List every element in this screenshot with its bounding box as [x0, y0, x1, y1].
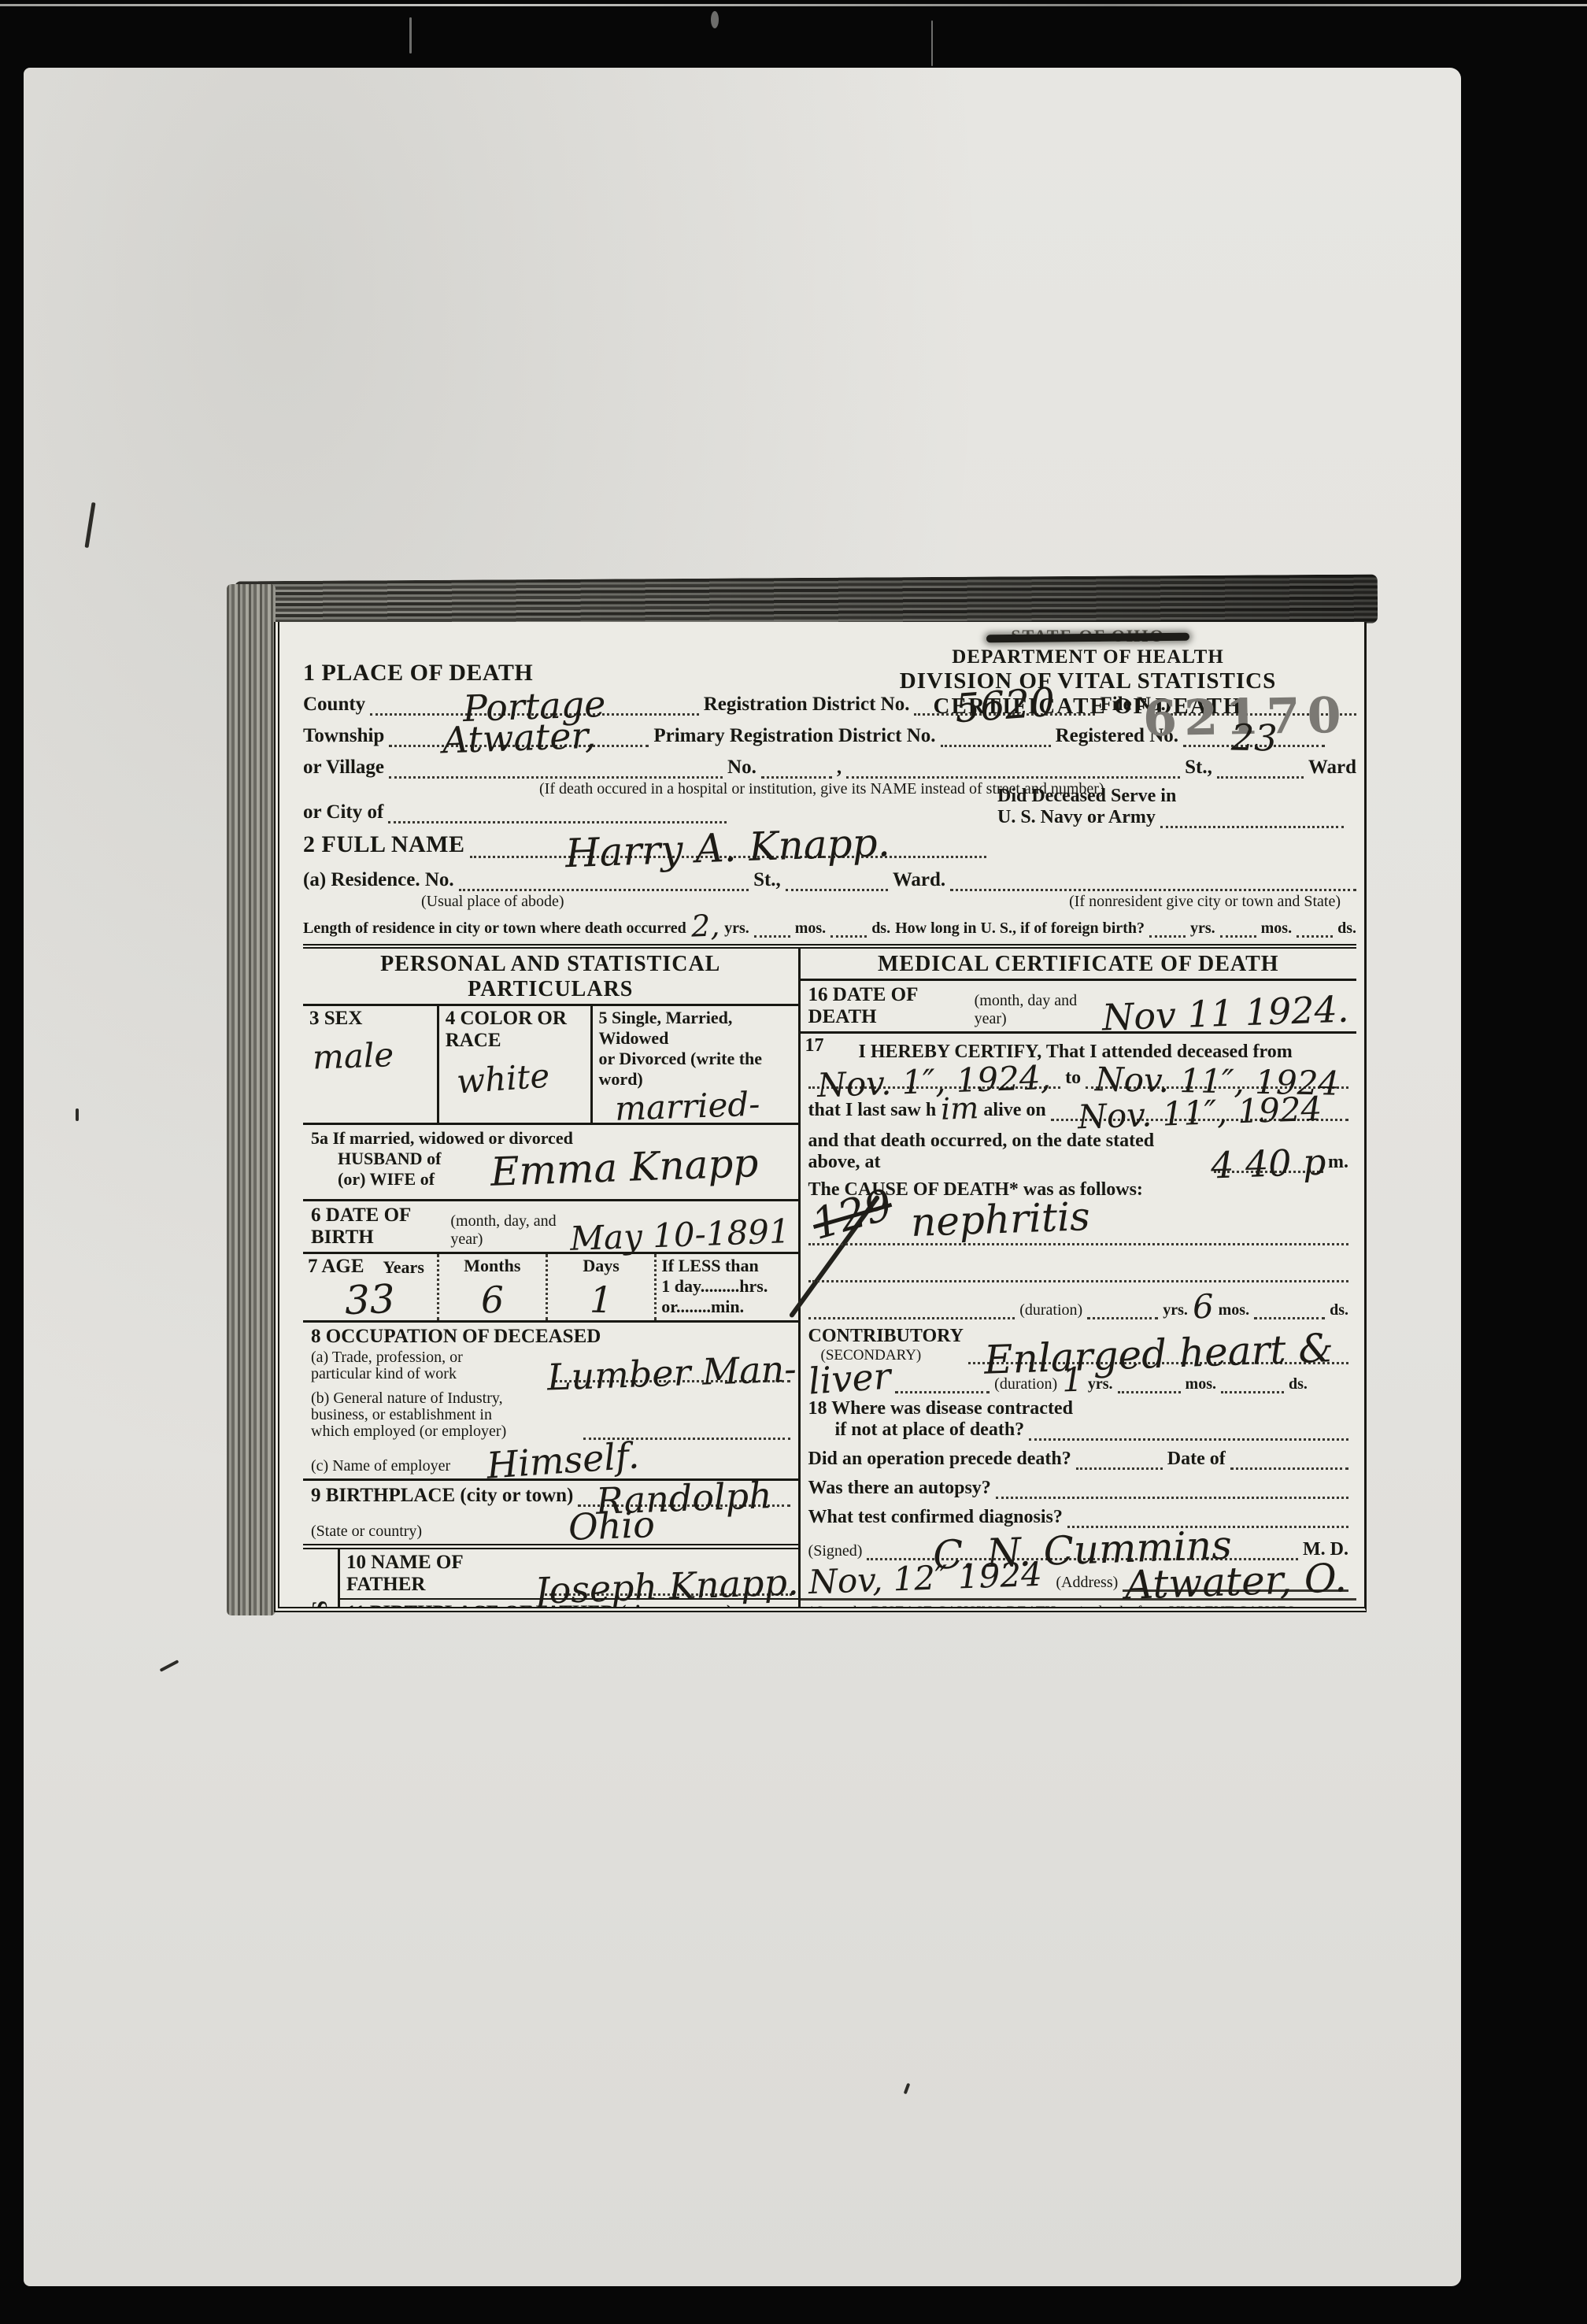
service-line1: Did Deceased Serve in	[997, 786, 1344, 807]
personal-column: PERSONAL AND STATISTICAL PARTICULARS 3 S…	[303, 949, 801, 1612]
cause-area: 129 nephritis	[808, 1208, 1348, 1282]
howlong-mos: mos.	[1261, 920, 1292, 938]
length-mos: mos.	[795, 920, 826, 938]
residence-no-line	[459, 889, 749, 891]
comma-text: ,	[837, 757, 842, 779]
stray-ink-mark	[904, 2083, 911, 2095]
if-less-cell: If LESS than 1 day.........hrs. or......…	[654, 1254, 797, 1320]
service-line2: U. S. Navy or Army	[997, 807, 1156, 828]
attended-to-line: Nov. 11″, 1924	[1086, 1068, 1348, 1090]
dod-label: 16 DATE OF DEATH	[808, 984, 970, 1028]
occ-c-value: Himself.	[486, 1441, 640, 1480]
length-label: Length of residence in city or town wher…	[303, 920, 686, 938]
stray-ink-mark	[76, 1108, 79, 1121]
film-speck	[711, 11, 719, 28]
cause-duration-mos-value: 6	[1192, 1293, 1214, 1320]
parents-section: PARENTS 10 NAME OF FATHER Joseph Knapp. …	[303, 1549, 798, 1612]
township-label: Township	[303, 725, 384, 747]
nonresident-note: (If nonresident give city or town and St…	[1069, 893, 1341, 911]
occurred-label: and that death occurred, on the date sta…	[808, 1131, 1210, 1173]
contrib-duration-yrs-value: 1	[1062, 1367, 1084, 1394]
contributory-label: CONTRIBUTORY	[808, 1326, 964, 1347]
item18-line1: 18 Where was disease contracted	[808, 1398, 1348, 1419]
father-value: Joseph Knapp.	[534, 1568, 799, 1606]
age-years-value: 33	[307, 1282, 432, 1317]
cause-value: nephritis	[910, 1201, 1090, 1238]
occ-a1-text: (a) Trade, profession, or	[311, 1349, 549, 1366]
age-days-cell: Days 1	[546, 1254, 654, 1320]
duration-label: (duration)	[1019, 1301, 1082, 1319]
microfilm-scan-frame: of OCCUPATION is very important. See ins…	[0, 0, 1587, 2324]
duration-yrs-line	[1087, 1317, 1158, 1319]
cause-line-1: 129 nephritis	[808, 1208, 1348, 1245]
attended-from-line: Nov. 1″, 1924,	[808, 1068, 1061, 1090]
sex-cell: 3 SEX male	[303, 1006, 437, 1123]
medical-title: MEDICAL CERTIFICATE OF DEATH	[801, 949, 1356, 981]
stray-ink-mark	[84, 502, 95, 548]
cause-line-2	[808, 1245, 1348, 1282]
duration-lead-line	[808, 1317, 1015, 1319]
occupation-box: 8 OCCUPATION OF DECEASED (a) Trade, prof…	[303, 1323, 798, 1481]
county-line: Portage	[370, 692, 699, 716]
death-time-value: 4 40 p	[1211, 1147, 1327, 1180]
item17-number: 17	[805, 1035, 824, 1057]
birthplace-label: 9 BIRTHPLACE (city or town)	[311, 1485, 573, 1507]
signed-line: C. N. Cummins	[867, 1534, 1298, 1560]
age-years-cell: 7 AGEYears 33	[303, 1254, 437, 1320]
age-box: 7 AGEYears 33 Months 6 Days 1 If LESS	[303, 1254, 798, 1323]
signed-address-line: Atwater, O.	[1123, 1566, 1348, 1592]
medical-column: MEDICAL CERTIFICATE OF DEATH 16 DATE OF …	[801, 949, 1356, 1612]
lastsaw-line: Nov. 11″, 1924	[1051, 1100, 1348, 1121]
father-line: Joseph Knapp.	[541, 1572, 791, 1596]
birthplace-state-label: (State or country)	[311, 1523, 422, 1541]
parents-vertical-label: PARENTS	[303, 1549, 338, 1612]
village-label: or Village	[303, 757, 384, 779]
occ-b2-text: business, or establishment in	[311, 1407, 579, 1423]
lastsaw-value: Nov. 11″, 1924	[1077, 1096, 1322, 1131]
dob-box: 6 DATE OF BIRTH (month, day, and year) M…	[303, 1201, 798, 1254]
margin-note-text: of OCCUPATION is very important. See ins…	[274, 928, 280, 1564]
sex-color-marital-box: 3 SEX male 4 COLOR OR RACE white 5 Singl…	[303, 1006, 798, 1125]
personal-title: PERSONAL AND STATISTICAL PARTICULARS	[303, 949, 798, 1006]
stray-pencil-mark	[160, 1660, 179, 1672]
howlong-yrs-line	[1149, 935, 1186, 938]
spouse-box: 5a If married, widowed or divorced HUSBA…	[303, 1125, 798, 1201]
contrib-mos: mos.	[1186, 1375, 1216, 1393]
residence-ward-line	[786, 889, 888, 891]
months-label: Months	[444, 1256, 541, 1276]
residence-label: (a) Residence. No.	[303, 869, 454, 891]
dob-note: (month, day, and year)	[450, 1212, 565, 1249]
residence-ward-label: Ward.	[893, 869, 945, 891]
dob-label: 6 DATE OF BIRTH	[311, 1205, 446, 1249]
m-label: m.	[1328, 1152, 1348, 1173]
contrib-ds: ds.	[1289, 1375, 1308, 1393]
township-value: Atwater,	[442, 721, 596, 756]
ifless-line2: 1 day.........hrs.	[661, 1276, 793, 1297]
two-column-section: PERSONAL AND STATISTICAL PARTICULARS 3 S…	[303, 944, 1356, 1612]
length-of-residence-row: Length of residence in city or town wher…	[303, 914, 1356, 938]
occ-a-label: (a) Trade, profession, or particular kin…	[311, 1349, 549, 1382]
contrib-ds-line	[1221, 1391, 1284, 1393]
state-line: STATE OF OHIO	[824, 627, 1352, 646]
contributory-line: Enlarged heart &	[968, 1338, 1348, 1364]
scan-artifact-line	[0, 4, 1587, 6]
length-yrs: yrs.	[724, 920, 749, 938]
city-line	[388, 821, 727, 823]
parents-text: PARENTS	[309, 1598, 333, 1612]
dateof-label: Date of	[1167, 1449, 1226, 1470]
birthplace-box: 9 BIRTHPLACE (city or town) Randolph (St…	[303, 1481, 798, 1550]
village-ward-line	[1217, 776, 1304, 779]
howlong-label: How long in U. S., if of foreign birth?	[895, 920, 1145, 938]
age-label: 7 AGE	[308, 1256, 364, 1278]
film-streak	[409, 17, 412, 54]
ifless-line1: If LESS than	[661, 1256, 793, 1276]
duration-mos: mos.	[1219, 1301, 1249, 1319]
contrib-mos-line	[1118, 1391, 1181, 1393]
residence-row: (a) Residence. No. St., Ward.	[303, 869, 1356, 891]
certification-box: 17 I HEREBY CERTIFY, That I attended dec…	[801, 1034, 1356, 1600]
village-no-line	[761, 776, 832, 779]
date-of-death-box: 16 DATE OF DEATH (month, day and year) N…	[801, 981, 1356, 1034]
residence-notes-row: (Usual place of abode) (If nonresident g…	[303, 893, 1356, 911]
father-row: 10 NAME OF FATHER Joseph Knapp.	[340, 1549, 798, 1600]
marital-cell: 5 Single, Married, Widowed or Divorced (…	[590, 1006, 798, 1123]
sex-label: 3 SEX	[309, 1008, 431, 1030]
footnote-box: *State the DISEASE CAUSING DEATH, or in …	[801, 1601, 1356, 1612]
reg-district-value: 5620	[954, 686, 1056, 725]
age-days-value: 1	[553, 1285, 650, 1316]
city-label: or City of	[303, 801, 383, 823]
color-label: 4 COLOR OR RACE	[446, 1008, 584, 1052]
township-line: Atwater,	[389, 723, 649, 747]
contributory-value-1: Enlarged heart &	[983, 1332, 1334, 1375]
registered-no-value: 23	[1230, 723, 1277, 753]
film-streak	[931, 20, 933, 66]
occupation-label: 8 OCCUPATION OF DECEASED	[311, 1326, 790, 1348]
length-ds-line	[830, 935, 867, 938]
county-label: County	[303, 694, 365, 716]
item18-line2: if not at place of death?	[835, 1419, 1025, 1441]
village-st-label: St.,	[1185, 757, 1212, 779]
residence-extra-line	[950, 889, 1356, 891]
color-cell: 4 COLOR OR RACE white	[437, 1006, 590, 1123]
operation-date-line	[1230, 1467, 1348, 1470]
to-label: to	[1065, 1068, 1081, 1089]
city-row: or City of	[303, 801, 994, 823]
duration-ds-line	[1254, 1317, 1325, 1319]
village-line	[389, 776, 723, 779]
occ-a2-text: particular kind of work	[311, 1366, 549, 1382]
color-value: white	[456, 1060, 585, 1096]
disease-contracted-line	[1029, 1438, 1348, 1441]
occ-a-line: Lumber Man-	[554, 1359, 790, 1382]
lastsaw-him: im	[941, 1096, 979, 1121]
marital-label1: 5 Single, Married, Widowed	[599, 1008, 792, 1049]
age-months-cell: Months 6	[437, 1254, 546, 1320]
operation-line	[1076, 1467, 1163, 1470]
length-ds: ds.	[871, 920, 890, 938]
dod-value: Nov 11 1924.	[1101, 995, 1348, 1033]
death-certificate-form: of OCCUPATION is very important. See ins…	[274, 622, 1367, 1612]
fullname-label: 2 FULL NAME	[303, 831, 465, 858]
test-label: What test confirmed diagnosis?	[808, 1507, 1063, 1528]
sex-value: male	[312, 1041, 431, 1071]
death-time-line: 4 40 p	[1214, 1149, 1323, 1173]
occ-b-label: (b) General nature of Industry, business…	[311, 1390, 579, 1440]
occ-b1-text: (b) General nature of Industry,	[311, 1390, 579, 1407]
days-label: Days	[553, 1256, 649, 1276]
marital-label2: or Divorced (write the word)	[599, 1049, 792, 1090]
attended-from-value: Nov. 1″, 1924,	[817, 1064, 1052, 1098]
occ-a-value: Lumber Man-	[547, 1354, 797, 1392]
length-mos-line	[754, 935, 790, 938]
duration-yrs: yrs.	[1163, 1301, 1188, 1319]
contributory-value-2: liver	[807, 1362, 891, 1397]
ifless-line3: or........min.	[661, 1297, 793, 1317]
howlong-yrs: yrs.	[1190, 920, 1215, 938]
length-years-value: 2,	[690, 913, 720, 938]
spouse-value: Emma Knapp	[490, 1147, 760, 1188]
village-ward-label: Ward	[1308, 757, 1356, 779]
dod-note: (month, day and year)	[975, 992, 1097, 1028]
footnote-line1: *State the DISEASE CAUSING DEATH, or in …	[808, 1604, 1348, 1612]
marital-value: married-	[614, 1090, 792, 1122]
stacked-pages-edge-left	[227, 584, 276, 1615]
residence-st-label: St.,	[753, 869, 781, 891]
father-label: 10 NAME OF FATHER	[346, 1552, 536, 1596]
lastsaw-suffix: alive on	[983, 1100, 1045, 1121]
dob-value: May 10-1891	[569, 1218, 790, 1252]
birthplace-state-value: Ohio	[568, 1510, 655, 1542]
department-line: DEPARTMENT OF HEALTH	[824, 646, 1352, 668]
duration-ds: ds.	[1330, 1301, 1348, 1319]
autopsy-line	[996, 1497, 1348, 1499]
signed-address-value: Atwater, O.	[1124, 1562, 1347, 1601]
fullname-line: Harry A. Knapp.	[470, 832, 986, 858]
occ-c-label: (c) Name of employer	[311, 1457, 450, 1475]
village-no-label: No.	[727, 757, 757, 779]
howlong-ds: ds.	[1337, 920, 1356, 938]
occ-b3-text: which employed (or employer)	[311, 1423, 579, 1440]
howlong-mos-line	[1220, 935, 1256, 938]
signed-date-value: Nov, 12″ 1924	[808, 1561, 1042, 1596]
birthplace-line: Randolph	[578, 1484, 790, 1508]
service-line	[1160, 826, 1344, 828]
howlong-ds-line	[1297, 935, 1333, 938]
fullname-value: Harry A. Knapp.	[565, 827, 891, 869]
address-label: (Address)	[1056, 1574, 1118, 1592]
village-street-line	[846, 776, 1180, 779]
primary-reg-label: Primary Registration District No.	[653, 725, 935, 747]
operation-label: Did an operation precede death?	[808, 1449, 1071, 1470]
primary-reg-line	[941, 745, 1051, 747]
contrib-lead-line	[895, 1391, 990, 1393]
fullname-row: 2 FULL NAME Harry A. Knapp.	[303, 831, 986, 858]
margin-vertical-note: of OCCUPATION is very important. See ins…	[274, 825, 282, 1564]
navy-army-block: Did Deceased Serve in U. S. Navy or Army	[997, 786, 1344, 828]
autopsy-label: Was there an autopsy?	[808, 1478, 991, 1499]
signed-label: (Signed)	[808, 1542, 863, 1560]
abode-note: (Usual place of abode)	[421, 893, 564, 911]
years-label: Years	[375, 1257, 432, 1278]
age-months-value: 6	[443, 1284, 541, 1316]
